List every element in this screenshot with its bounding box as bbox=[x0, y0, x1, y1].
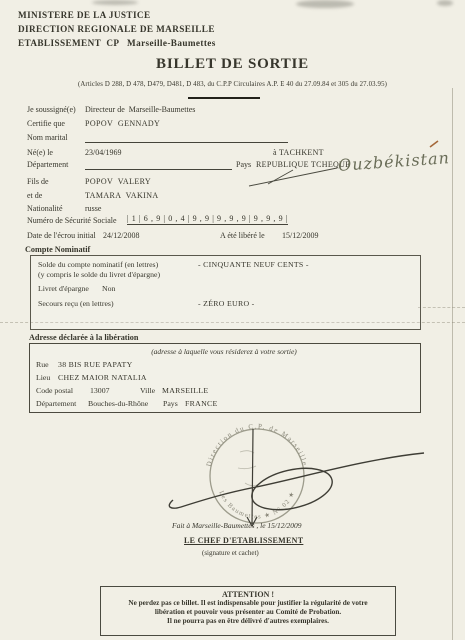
attention-title: ATTENTION ! bbox=[101, 590, 395, 599]
fait-a-line: Fait à Marseille-Baumettes , le 15/12/20… bbox=[172, 521, 302, 530]
scan-smudge bbox=[296, 0, 354, 8]
field-certifie-label: Certifie que bbox=[27, 119, 65, 128]
ville-label: Ville bbox=[140, 386, 155, 395]
adresse-dept-value: Bouches-du-Rhône bbox=[88, 399, 148, 408]
scan-smudge bbox=[437, 0, 453, 6]
adresse-pays-label: Pays bbox=[163, 399, 178, 408]
field-ssn-label: Numéro de Sécurité Sociale bbox=[27, 216, 117, 225]
livret-value: Non bbox=[102, 284, 115, 293]
solde-label-line1: Solde du compte nominatif (en lettres) bbox=[38, 260, 158, 269]
crease-line bbox=[418, 307, 465, 308]
adresse-subtitle: (adresse à laquelle vous résiderez à vot… bbox=[29, 347, 419, 356]
document-title: BILLET DE SORTIE bbox=[0, 56, 465, 73]
field-fils-value: POPOV VALERY bbox=[85, 177, 151, 186]
fold-line bbox=[452, 88, 453, 640]
rue-label: Rue bbox=[36, 360, 49, 369]
ville-value: MARSEILLE bbox=[162, 386, 208, 395]
field-nationalite-label: Nationalité bbox=[27, 204, 63, 213]
departement-blank-line bbox=[85, 160, 232, 170]
country-strikethrough-tail bbox=[268, 170, 293, 184]
nom-marital-blank-line bbox=[85, 133, 288, 143]
adresse-pays-value: FRANCE bbox=[185, 399, 218, 408]
compte-section-title: Compte Nominatif bbox=[25, 245, 90, 254]
handwritten-country-correction: Ouzbékistan bbox=[337, 148, 450, 175]
secours-label: Secours reçu (en lettres) bbox=[38, 299, 114, 308]
field-libere-label: A été libéré le bbox=[220, 231, 265, 240]
establishment-line: ETABLISSEMENT CP Marseille-Baumettes bbox=[18, 38, 216, 48]
field-ecrou-value: 24/12/2008 bbox=[103, 231, 139, 240]
secours-value: - ZÉRO EURO - bbox=[198, 299, 255, 308]
adresse-dept-label: Département bbox=[36, 399, 76, 408]
document-page: MINISTERE DE LA JUSTICE DIRECTION REGION… bbox=[0, 0, 465, 640]
field-soussigne-label: Je soussigné(e) bbox=[27, 105, 76, 114]
field-birthplace-value: à TACHKENT bbox=[273, 148, 324, 157]
signature-cachet-caption: (signature et cachet) bbox=[202, 549, 259, 557]
lieu-value: CHEZ MAIOR NATALIA bbox=[58, 373, 147, 382]
stamp-bottom-arc: Les Baumettes ★ N° 02 ★ bbox=[217, 489, 296, 520]
title-rule bbox=[188, 97, 260, 99]
rue-value: 38 BIS RUE PAPATY bbox=[58, 360, 133, 369]
signature-loop bbox=[248, 461, 336, 516]
attention-line-3: Il ne pourra pas en être délivré d'autre… bbox=[101, 617, 395, 626]
solde-label-line2: (y compris le solde du livret d'épargne) bbox=[38, 270, 160, 279]
field-nom-marital-label: Nom marital bbox=[27, 133, 68, 142]
field-ne-value: 23/04/1969 bbox=[85, 148, 121, 157]
attention-line-2: libération et pouvoir vous présenter au … bbox=[101, 608, 395, 617]
field-etde-label: et de bbox=[27, 191, 42, 200]
code-postal-label: Code postal bbox=[36, 386, 73, 395]
field-fils-label: Fils de bbox=[27, 177, 49, 186]
pen-tick-mark bbox=[430, 141, 438, 147]
field-ssn-value: | 1 | 6 , 9 | 0 , 4 | 9 , 9 | 9 , 9 , 9 … bbox=[127, 214, 288, 225]
field-ne-label: Né(e) le bbox=[27, 148, 53, 157]
lieu-label: Lieu bbox=[36, 373, 50, 382]
field-pays-value-struck: REPUBLIQUE TCHEQUE bbox=[256, 160, 350, 169]
stamp-top-text: Direction du C.P. de Marseille bbox=[205, 422, 309, 467]
stamp-inner-marks bbox=[238, 451, 257, 486]
scan-smudge bbox=[92, 0, 138, 5]
field-soussigne-value: Directeur de Marseille-Baumettes bbox=[85, 105, 195, 114]
attention-line-1: Ne perdez pas ce billet. Il est indispen… bbox=[101, 599, 395, 608]
ministry-line: MINISTERE DE LA JUSTICE bbox=[18, 10, 151, 20]
solde-value: - CINQUANTE NEUF CENTS - bbox=[198, 260, 309, 269]
chef-etablissement-line: LE CHEF D'ETABLISSEMENT bbox=[184, 536, 303, 545]
field-etde-value: TAMARA VAKINA bbox=[85, 191, 159, 200]
signature-sweep-stroke bbox=[169, 453, 424, 508]
stamp-bottom-text: Les Baumettes ★ N° 02 ★ bbox=[217, 489, 296, 520]
livret-label: Livret d'épargne bbox=[38, 284, 89, 293]
attention-box: ATTENTION ! Ne perdez pas ce billet. Il … bbox=[100, 586, 396, 636]
field-libere-value: 15/12/2009 bbox=[282, 231, 318, 240]
signature-vertical-stroke bbox=[247, 429, 257, 526]
round-stamp-border bbox=[210, 429, 304, 523]
stamp-top-arc: Direction du C.P. de Marseille bbox=[205, 422, 309, 467]
field-pays-label: Pays bbox=[236, 160, 251, 169]
field-ecrou-label: Date de l'écrou initial bbox=[27, 231, 96, 240]
direction-line: DIRECTION REGIONALE DE MARSEILLE bbox=[18, 24, 215, 34]
articles-reference: (Articles D 288, D 478, D479, D481, D 48… bbox=[0, 81, 465, 88]
code-postal-value: 13007 bbox=[90, 386, 110, 395]
country-strikethrough-line bbox=[249, 168, 337, 186]
field-nationalite-value: russe bbox=[85, 204, 101, 213]
field-certifie-value: POPOV GENNADY bbox=[85, 119, 160, 128]
adresse-section-title: Adresse déclarée à la libération bbox=[29, 333, 138, 342]
field-departement-label: Département bbox=[27, 160, 68, 169]
